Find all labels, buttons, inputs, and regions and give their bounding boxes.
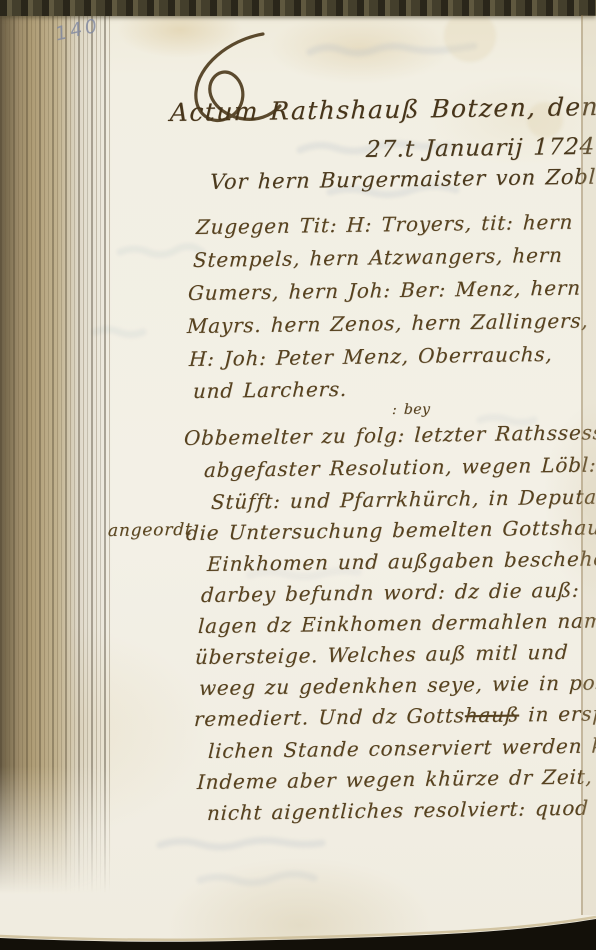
body-line: lagen dz Einkhomen dermahlen namhafft: [198, 608, 596, 638]
body-line: Einkhomen und außgaben beschehen: Und: [207, 545, 596, 576]
body-line: nicht aigentliches resolviert: quod etc.: [207, 795, 596, 825]
strike-line-pre: remediert. Und dz Gotts: [194, 703, 466, 731]
manuscript-text: Actum Rathshauß Botzen, den 27.t Januari…: [0, 0, 596, 950]
struck-word: hauß: [464, 702, 519, 727]
interlinear-insertion: : bey: [392, 401, 431, 418]
page-right-edge-strip: [583, 15, 596, 915]
body-line: übersteige. Welches auß mitl und: [195, 640, 569, 669]
attendees-line: und Larchers.: [193, 377, 348, 403]
attendees-line: Stempels, hern Atzwangers, hern: [193, 243, 564, 272]
margin-annotation: angeordt: [108, 520, 193, 541]
attendees-line: Gumers, hern Joh: Ber: Menz, hern: [188, 276, 582, 306]
body-line: darbey befundn word: dz die auß:: [201, 578, 581, 607]
heading-line: Actum Rathshauß Botzen, den: [169, 92, 596, 127]
body-line: lichen Stande conserviert werden khünde?: [208, 732, 596, 763]
heading-chair-line: Vor hern Burgermaister von Zobl: [210, 165, 596, 194]
attendees-line: Zugegen Tit: H: Troyers, tit: hern: [196, 210, 574, 239]
body-line: die Untersuchung bemelten Gottshaußes: [186, 515, 596, 545]
page-bottom-edge: [0, 912, 596, 950]
body-line: Stüfft: und Pfarrkhürch, in Deputatione: [211, 484, 596, 514]
attendees-line: Mayrs. hern Zenos, hern Zallingers,: [187, 308, 590, 338]
body-line: Obbemelter zu folg: letzter Rathssession: [184, 420, 596, 450]
body-line: abgefaster Resolution, wegen Löbl:er: [204, 452, 596, 482]
body-line: Indeme aber wegen khürze dr Zeit, gester…: [197, 763, 596, 794]
heading-date-line: 27.t Januarij 1724. E: [365, 129, 596, 164]
body-line: weeg zu gedenkhen seye, wie in posterum: [199, 669, 596, 700]
date-text: 27.t Januarij 1724.: [365, 134, 596, 163]
attendees-line: H: Joh: Peter Menz, Oberrauchs,: [189, 342, 554, 371]
body-line-with-strikethrough: remediert. Und dz Gottshauß in ersprieß:: [194, 701, 596, 731]
manuscript-book-scan: 140 Actum Rathshauß Botzen, den 27.t Jan…: [0, 0, 596, 950]
